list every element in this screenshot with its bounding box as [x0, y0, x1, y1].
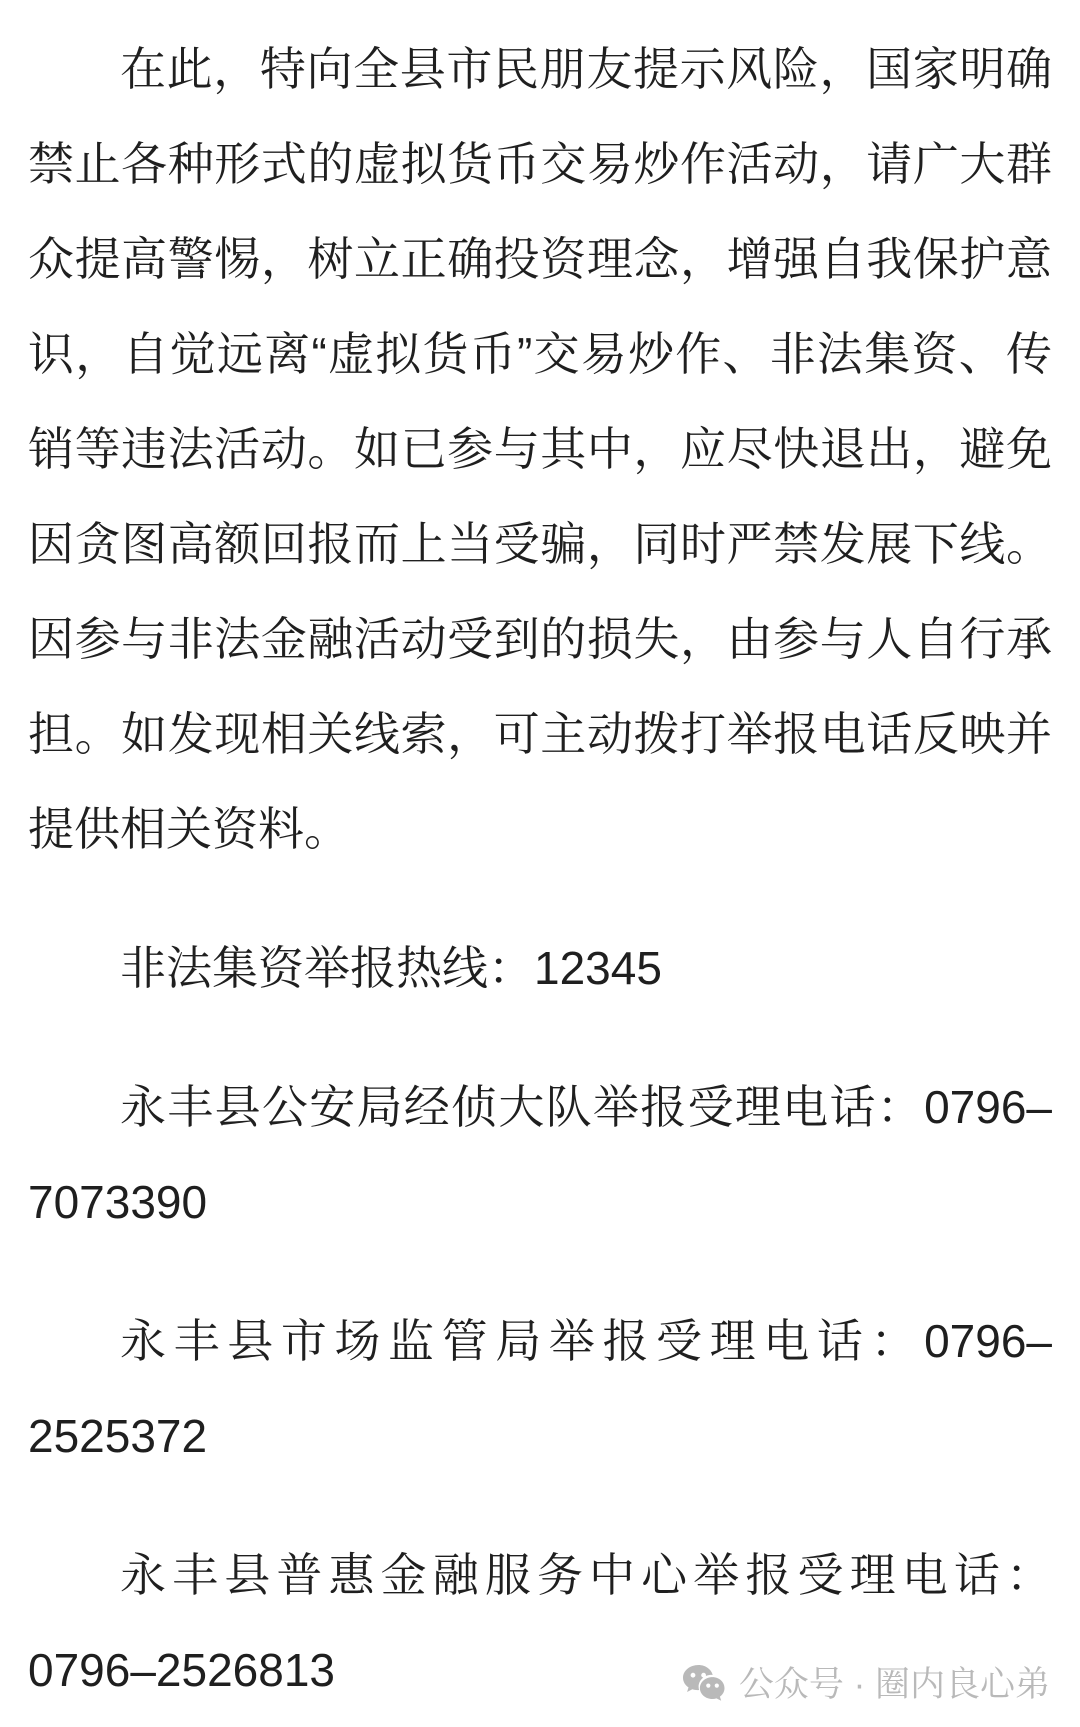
watermark-label: 公众号 · 圈内良心弟 [739, 1667, 1050, 1702]
article-body: 在此，特向全县市民朋友提示风险，国家明确禁止各种形式的虚拟货币交易炒作活动，请广… [0, 0, 1080, 1718]
article-page: { "page": { "width": 1080, "height": 172… [0, 0, 1080, 1727]
watermark: 公众号 · 圈内良心弟 [682, 1664, 1050, 1705]
wechat-icon [682, 1664, 726, 1705]
paragraph-risk-warning: 在此，特向全县市民朋友提示风险，国家明确禁止各种形式的虚拟货币交易炒作活动，请广… [28, 22, 1052, 877]
paragraph-police-economic-crime-phone: 永丰县公安局经侦大队举报受理电话：0796–7073390 [28, 1060, 1052, 1250]
paragraph-illegal-fundraising-hotline: 非法集资举报热线：12345 [28, 921, 1052, 1016]
paragraph-market-regulation-phone: 永丰县市场监管局举报受理电话：0796–2525372 [28, 1294, 1052, 1484]
